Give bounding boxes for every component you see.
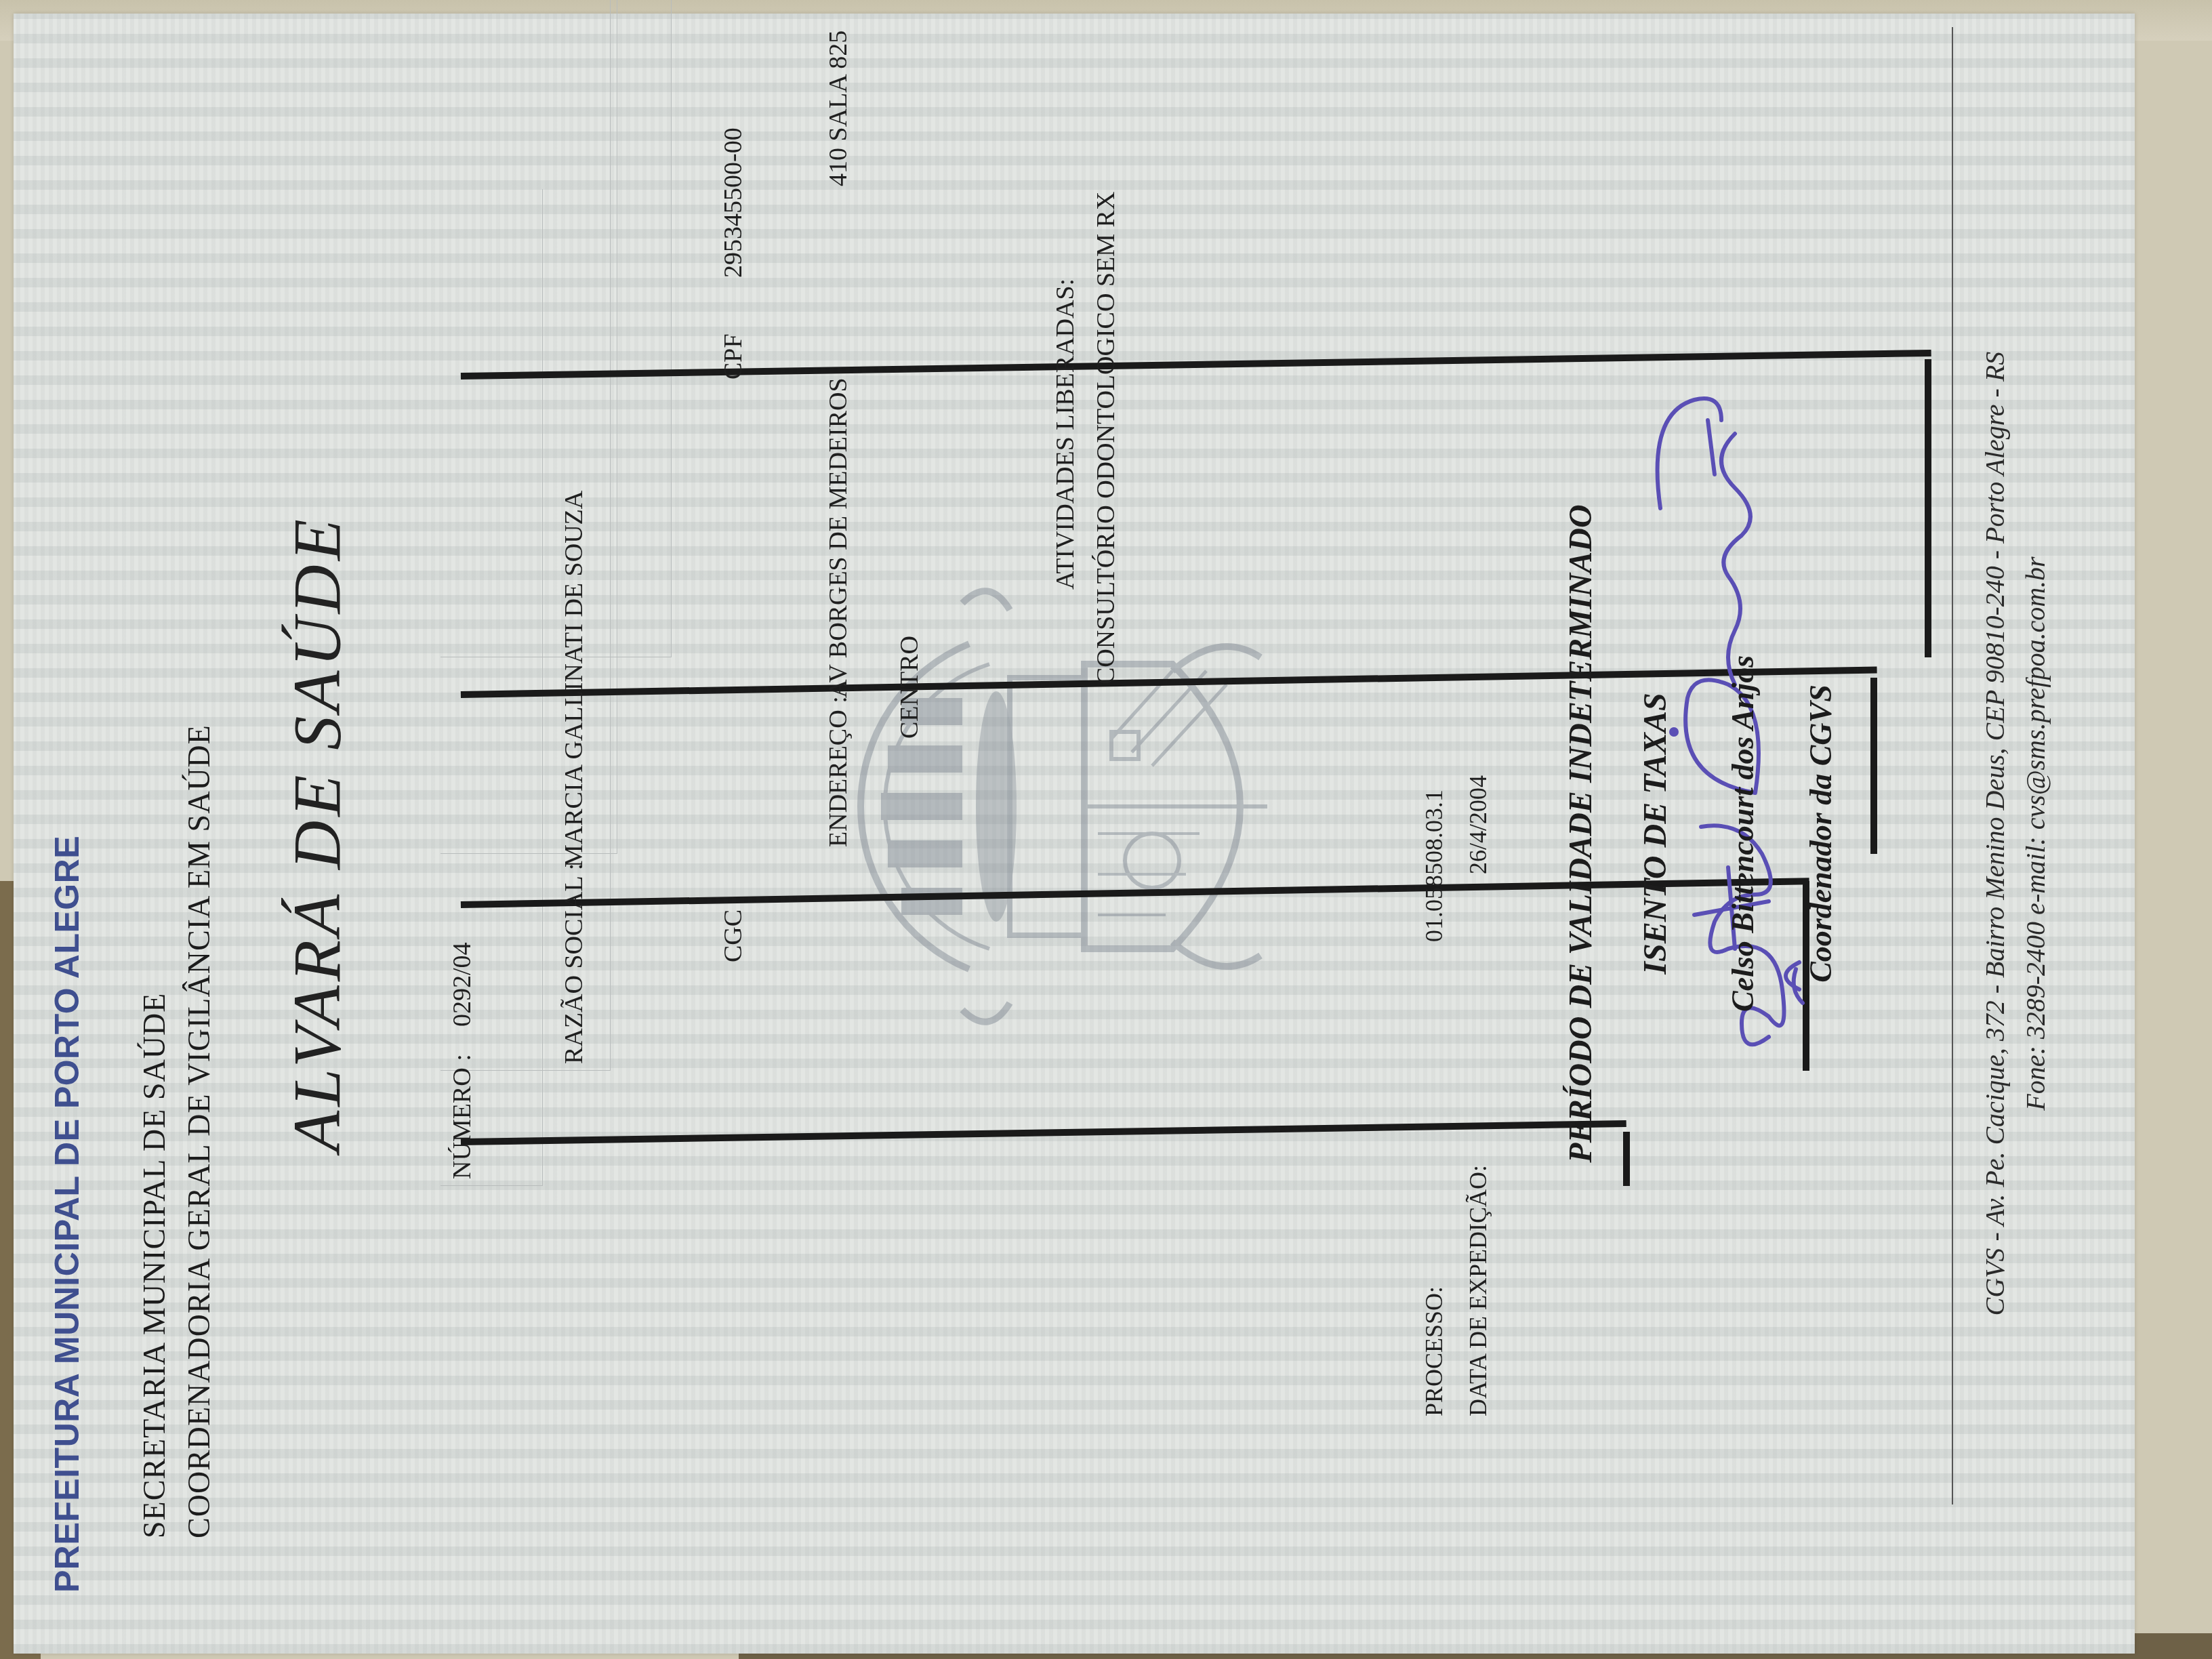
footer-address: CGVS - Av. Pe. Cacique, 372 - Bairro Men… bbox=[1979, 14, 2011, 1654]
cgc-label: CGC bbox=[718, 909, 748, 962]
footer-contact: Fone: 3289-2400 e-mail: cvs@sms.prefpoa.… bbox=[2020, 14, 2051, 1654]
numero-bracket-end bbox=[1623, 1132, 1630, 1186]
processo-label: PROCESSO: bbox=[1420, 1286, 1448, 1416]
signer-role: Coordenador da CGVS bbox=[1803, 14, 1839, 1654]
validity-period: PERÍODO DE VALIDADE INDETERMINADO bbox=[1562, 14, 1599, 1654]
data-expedicao-label: DATA DE EXPEDIÇÃO: bbox=[1464, 1165, 1492, 1416]
coordination-name: COORDENADORIA GERAL DE VIGILÂNCIA EM SAÚ… bbox=[177, 724, 222, 1538]
endereco-bracket-end bbox=[1870, 678, 1877, 854]
city-seal-icon bbox=[793, 562, 1308, 1050]
endereco-district: CENTRO bbox=[895, 636, 924, 739]
organization-header: PREFEITURA MUNICIPAL DE PORTO ALEGRE bbox=[47, 836, 87, 1593]
secretariat-name: SECRETARIA MUNICIPAL DE SAÚDE bbox=[132, 724, 177, 1538]
endereco-label: ENDEREÇO : bbox=[823, 696, 853, 847]
signer-name: Celso Bittencourt dos Anjos bbox=[1725, 14, 1761, 1654]
razao-social-value: MARCIA GALLINATI DE SOUZA bbox=[559, 491, 589, 867]
handwritten-signature-icon bbox=[1633, 352, 1809, 1064]
endereco-number: 410 SALA 825 bbox=[823, 30, 853, 186]
numero-label: NÚMERO : bbox=[447, 1054, 477, 1179]
permit-document: PREFEITURA MUNICIPAL DE PORTO ALEGRE SEC… bbox=[14, 14, 2135, 1654]
numero-value: 0292/04 bbox=[447, 942, 477, 1027]
processo-value: 01.058508.03.1 bbox=[1420, 790, 1448, 942]
endereco-street: AV BORGES DE MEDEIROS bbox=[823, 377, 853, 698]
document-title: ALVARÁ DE SAÚDE bbox=[278, 14, 356, 1654]
department-header: SECRETARIA MUNICIPAL DE SAÚDE COORDENADO… bbox=[132, 724, 222, 1538]
atividades-value: CONSULTÓRIO ODONTOLOGICO SEM RX bbox=[1091, 192, 1121, 684]
cpf-label: CPF bbox=[718, 333, 748, 380]
footer-divider bbox=[1952, 27, 1953, 1504]
atividades-box bbox=[441, 0, 672, 657]
cpf-value: 295345500-00 bbox=[718, 127, 748, 278]
razao-social-label: RAZÃO SOCIAL : bbox=[559, 863, 589, 1064]
atividades-bracket-end bbox=[1925, 359, 1931, 657]
data-expedicao-value: 26/4/2004 bbox=[1464, 775, 1492, 874]
atividades-label: ATIVIDADES LIBERADAS: bbox=[1050, 279, 1080, 590]
